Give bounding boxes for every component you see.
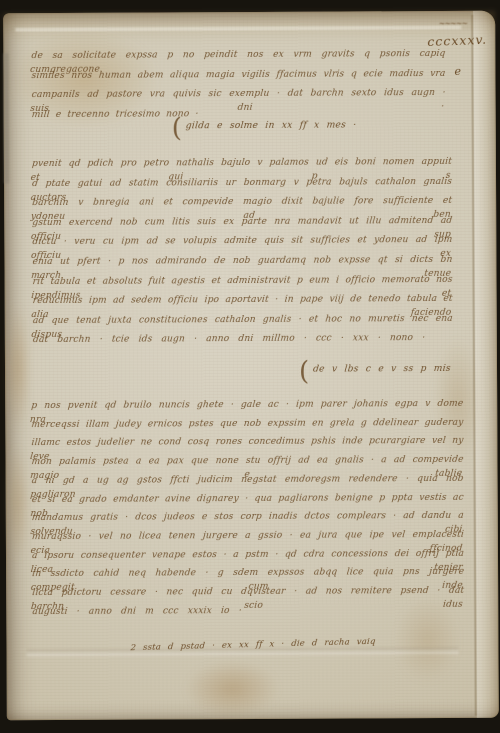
marginal-flourish: e — [454, 65, 461, 78]
handwritten-line: campanils ad pastore vra quivis sic exem… — [31, 86, 446, 103]
handwritten-line: in ssdicto cahid neq habende · g sdem ex… — [31, 565, 464, 582]
dating-clause-line: dat barchn · tcie ids augn · anno dni mi… — [32, 331, 426, 348]
section-heading: ( gilda e solme in xx ff x mes · — [172, 112, 372, 139]
marginal-subheading: ( de v lbs c e v ss p mis — [299, 356, 479, 383]
handwritten-line: similes nros human abem aliqua magia vig… — [31, 66, 446, 83]
subheading-text: de v lbs c e v ss p mis — [313, 364, 452, 375]
manuscript-photo: ∼∼∼∼∼ cccxxxv. e de sa solicitate expssa… — [0, 0, 500, 733]
paper-crease — [15, 26, 461, 31]
handwritten-line: licta pdictoru cessare · nec quid cu dqv… — [31, 584, 464, 601]
binding-gutter — [3, 53, 9, 183]
handwritten-line: enia ut pfert · p nos admirando de nob g… — [32, 253, 453, 270]
handwritten-line: mon palamis pstea a ea pax que none stu … — [31, 453, 464, 470]
handwritten-line: pvenit qd pdich pro petro nathalis bajul… — [31, 155, 452, 172]
handwritten-line: dictu · veru cu ipm ad se volupis admite… — [32, 233, 453, 250]
handwritten-line: et si ea grado emdanter avine dignarey ·… — [31, 490, 464, 507]
handwritten-line: muraqssio · vel no licea tenen jurgere a… — [31, 528, 464, 545]
handwritten-line: reducimus ipm ad sedem officiu ipo aport… — [32, 292, 453, 309]
manuscript-page: ∼∼∼∼∼ cccxxxv. e de sa solicitate expssa… — [3, 11, 499, 721]
handwritten-line: merceqssi illam judey ernicos pstes que … — [31, 416, 464, 433]
handwritten-line: a ni gd a ug ag gstos ffcti judicim negs… — [31, 472, 464, 489]
handwritten-line: a ipsoru consequenter venape estos · a p… — [31, 546, 464, 563]
marginal-squiggle-mark: ∼∼∼∼∼ — [439, 19, 468, 28]
handwritten-line: illamc estos judelier ne cond cosq rones… — [31, 434, 464, 451]
handwritten-line: de sa solicitate expssa p no peindit nos… — [31, 47, 446, 64]
heading-paren-mark: ( — [299, 359, 309, 385]
paper-stain — [185, 660, 280, 718]
handwritten-line: mandamus gratis · dcos judeos e stos cor… — [31, 509, 464, 526]
handwritten-line: rit tabula et absoluts fuit agestis et a… — [32, 273, 453, 290]
heading-paren-mark: ( — [172, 115, 182, 141]
text-block-2: pvenit qd pdich pro petro nathalis bajul… — [32, 155, 453, 357]
heading-text: gilda e solme in xx ff x mes · — [185, 120, 357, 131]
handwritten-line: gstum exercend nob cum litis suis ex par… — [32, 214, 453, 231]
text-block-3: p nos pvenit qd bruilo nuncis ghete · ga… — [31, 397, 464, 629]
handwritten-line: p nos pvenit qd bruilo nuncis ghete · ga… — [30, 397, 463, 414]
dating-clause-line: augusti · anno dni m ccc xxxix io · — [32, 604, 243, 620]
paper-stain — [5, 303, 32, 433]
handwritten-line: ad que tenat juxta constituciones cathal… — [32, 312, 453, 329]
paper-stain — [5, 443, 30, 563]
handwritten-line: barchin v bnregia ani et compevide magio… — [31, 194, 452, 211]
handwritten-line: d ptate gatui ad statim consiliariis ur … — [31, 175, 452, 192]
